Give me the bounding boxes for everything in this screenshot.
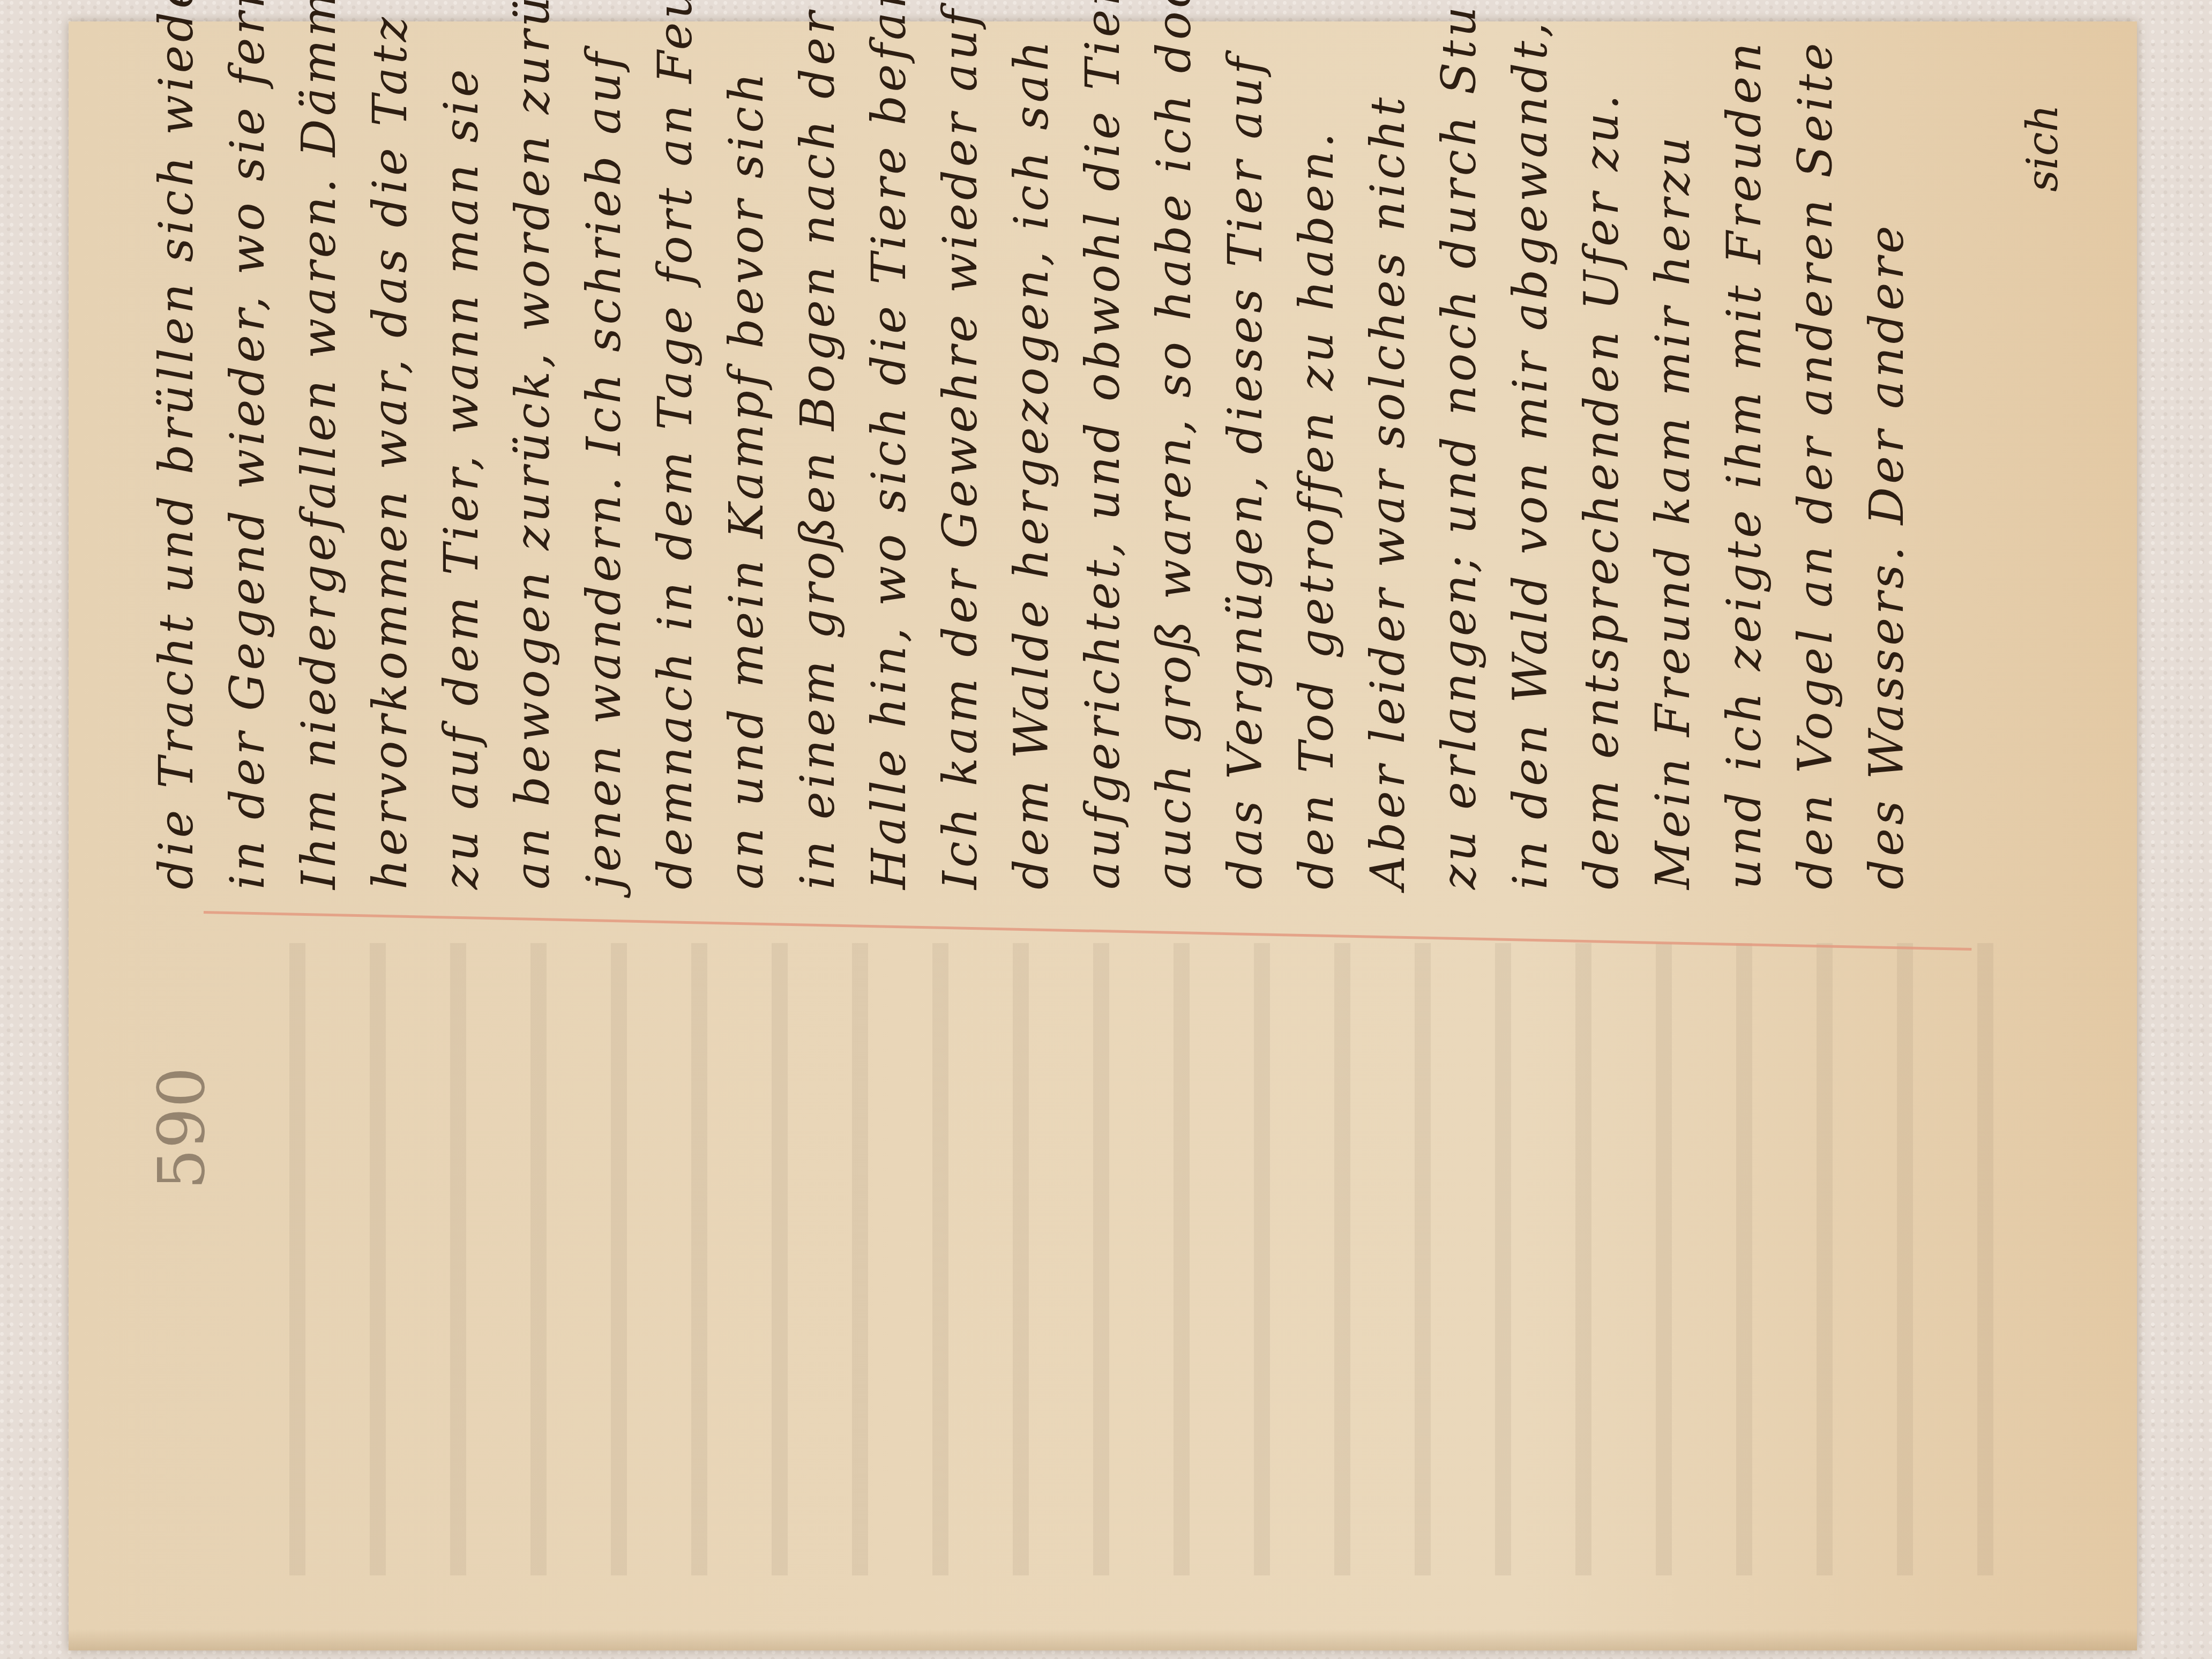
manuscript-line-text: an und mein Kampf bevor sich (719, 70, 774, 890)
manuscript-line-text: zu erlangen; und noch durch Sturz (1431, 0, 1486, 890)
manuscript-line-text: jenen wandern. Ich schrieb auf (576, 49, 631, 890)
manuscript-line-text: den Tod getroffen zu haben. (1289, 130, 1344, 890)
manuscript-line-text: Ich kam der Gewehre wieder auf (932, 6, 988, 890)
page-number: 590 (145, 1067, 219, 1190)
manuscript-line: des Wassers. Der andere (1914, 43, 1973, 890)
manuscript-line-text: und ich zeigte ihm mit Freuden (1716, 40, 1772, 890)
trailing-word: sich (1999, 123, 2086, 173)
manuscript-line-text: aufgerichtet, und obwohl die Tiere (1075, 0, 1130, 890)
show-through-text (225, 943, 1993, 1575)
manuscript-line-text: Aber leider war solches nicht (1360, 94, 1415, 890)
manuscript-line-text: hervorkommen war, das die Tatz (362, 14, 417, 890)
manuscript-line-text: das Vergnügen, dieses Tier auf (1217, 54, 1273, 890)
manuscript-line-text: die Tracht und brüllen sich wieder (148, 0, 204, 890)
manuscript-line-text: in einem großen Bogen nach der (790, 9, 845, 890)
manuscript-line-text: des Wassers. Der andere (1859, 222, 1914, 890)
handwritten-text-block: die Tracht und brüllen sich wiederin der… (204, 43, 2026, 900)
manuscript-line-text: dem entsprechenden Ufer zu. (1574, 92, 1629, 890)
manuscript-line-text: in der Gegend wieder, wo sie fern (220, 0, 275, 890)
manuscript-line-text: an bewogen zurück, worden zurück. (505, 0, 560, 890)
manuscript-line-text: den Vogel an der anderen Seite (1788, 40, 1843, 890)
manuscript-line-text: in den Wald von mir abgewandt, (1503, 19, 1558, 890)
manuscript-line-text: zu auf dem Tier, wann man sie (434, 66, 489, 890)
manuscript-line-text: Ihm niedergefallen waren. Dämmerung (291, 0, 346, 890)
paper-edge-shadow (69, 1629, 2137, 1650)
manuscript-line-text: demnach in dem Tage fort an Feuer (647, 0, 703, 890)
manuscript-line-text: Halle hin, wo sich die Tiere befanden. (861, 0, 916, 890)
manuscript-line-text: Mein Freund kam mir herzu (1645, 133, 1700, 890)
manuscript-line-text: auch groß waren, so habe ich doch (1146, 0, 1201, 890)
manuscript-line-text: dem Walde hergezogen, ich sah (1004, 38, 1059, 890)
